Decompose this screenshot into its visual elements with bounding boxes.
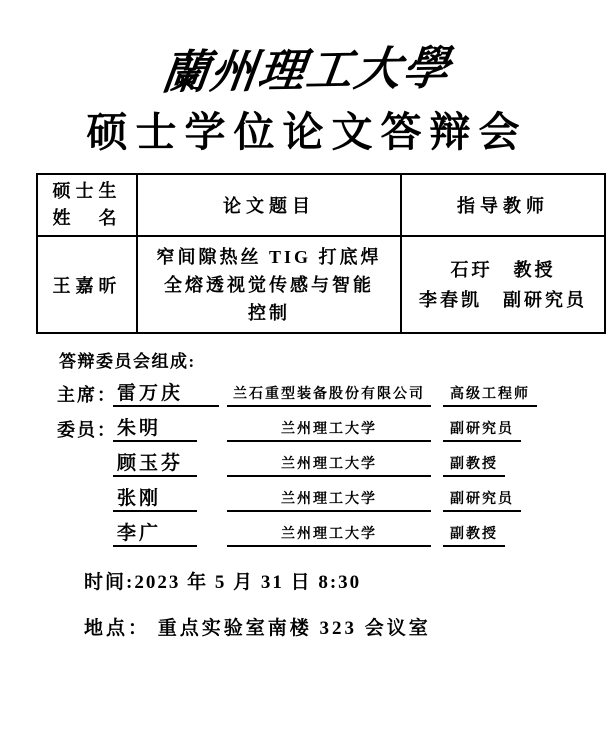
defense-announcement-page: 蘭州理工大學 硕士学位论文答辩会 硕士生 姓 名 论文题目 指导教师 王嘉昕 窄… (0, 0, 614, 732)
header-student-line2: 姓 名 (38, 205, 136, 232)
advisor-1: 石玗 教授 (402, 255, 604, 285)
thesis-title-cell: 窄间隙热丝 TIG 打底焊 全熔透视觉传感与智能 控制 (137, 236, 401, 333)
chair-name: 雷万庆 (113, 378, 219, 407)
advisor-cell: 石玗 教授 李春凯 副研究员 (401, 236, 605, 333)
committee-member-row: 顾玉芬 兰州理工大学 副教授 (57, 451, 614, 477)
member-affiliation: 兰州理工大学 (227, 453, 431, 477)
advisor-2: 李春凯 副研究员 (402, 285, 604, 315)
header-student-line1: 硕士生 (38, 178, 136, 205)
table-header-row: 硕士生 姓 名 论文题目 指导教师 (37, 174, 605, 236)
member-name: 顾玉芬 (113, 448, 197, 477)
defense-location: 地点： 重点实验室南楼 323 会议室 (84, 613, 614, 640)
member-affiliation: 兰州理工大学 (227, 488, 431, 512)
member-title: 副研究员 (443, 488, 521, 512)
chair-label: 主席： (57, 381, 113, 407)
page-title: 硕士学位论文答辩会 (0, 108, 614, 156)
student-name-cell: 王嘉昕 (37, 236, 137, 333)
committee-member-row: 委员： 朱明 兰州理工大学 副研究员 (57, 416, 614, 442)
header-advisor: 指导教师 (401, 174, 605, 236)
member-label: 委员： (57, 416, 113, 442)
member-title: 副研究员 (443, 418, 521, 442)
university-calligraphy-logo: 蘭州理工大學 (159, 31, 456, 102)
thesis-line-1: 窄间隙热丝 TIG 打底焊 (138, 243, 400, 271)
committee-member-row: 张刚 兰州理工大学 副研究员 (57, 486, 614, 512)
thesis-line-2: 全熔透视觉传感与智能 (138, 271, 400, 299)
chair-title: 高级工程师 (443, 383, 537, 407)
member-title: 副教授 (443, 453, 505, 477)
member-affiliation: 兰州理工大学 (227, 418, 431, 442)
committee-chair-row: 主席： 雷万庆 兰石重型装备股份有限公司 高级工程师 (57, 381, 614, 407)
thesis-line-3: 控制 (138, 299, 400, 327)
committee-heading: 答辩委员会组成: (59, 347, 614, 372)
member-title: 副教授 (443, 523, 505, 547)
member-name: 张刚 (113, 483, 197, 512)
university-logo-container: 蘭州理工大學 (0, 0, 614, 96)
header-student-name: 硕士生 姓 名 (37, 174, 137, 236)
chair-affiliation: 兰石重型装备股份有限公司 (227, 383, 431, 407)
header-thesis-title: 论文题目 (137, 174, 401, 236)
defense-time: 时间:2023 年 5 月 31 日 8:30 (84, 567, 614, 594)
member-name: 朱明 (113, 413, 197, 442)
member-affiliation: 兰州理工大学 (227, 523, 431, 547)
member-name: 李广 (113, 518, 197, 547)
table-data-row: 王嘉昕 窄间隙热丝 TIG 打底焊 全熔透视觉传感与智能 控制 石玗 教授 李春… (37, 236, 605, 333)
committee-member-row: 李广 兰州理工大学 副教授 (57, 521, 614, 547)
defense-info-table: 硕士生 姓 名 论文题目 指导教师 王嘉昕 窄间隙热丝 TIG 打底焊 全熔透视… (36, 173, 606, 334)
